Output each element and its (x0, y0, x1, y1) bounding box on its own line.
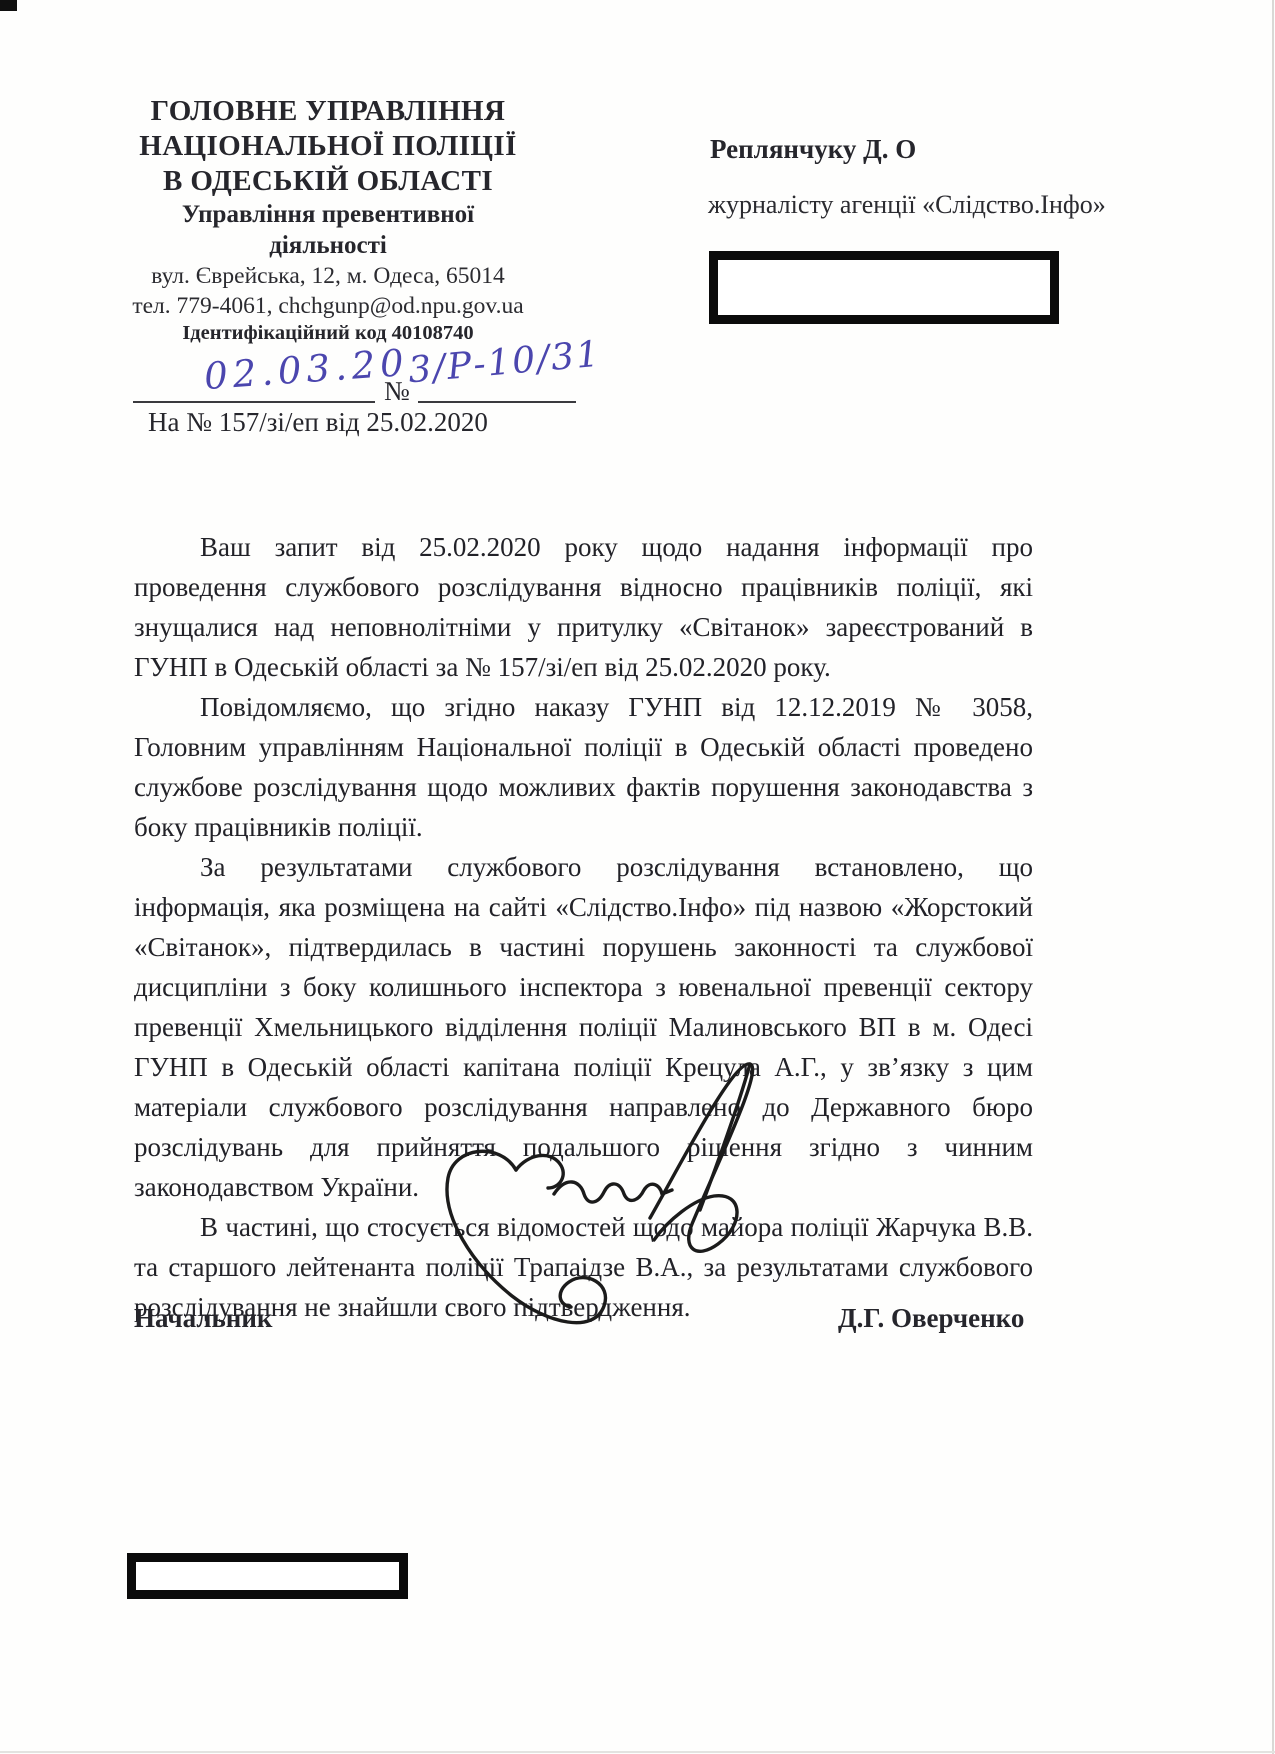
org-name-line3: В ОДЕСЬКІЙ ОБЛАСТІ (126, 164, 530, 199)
scanned-letter-page: ГОЛОВНЕ УПРАВЛІННЯ НАЦІОНАЛЬНОЇ ПОЛІЦІЇ … (0, 0, 1275, 1754)
body-paragraph-1: Ваш запит від 25.02.2020 року щодо надан… (134, 527, 1033, 687)
org-name-line2: НАЦІОНАЛЬНОЇ ПОЛІЦІЇ (126, 129, 530, 164)
contacts-line: тел. 779-4061, chchgunp@od.npu.gov.ua (126, 291, 530, 321)
signer-position-title: Начальник (134, 1303, 272, 1334)
org-name-line1: ГОЛОВНЕ УПРАВЛІННЯ (126, 94, 530, 129)
department-line2: діяльності (126, 230, 530, 261)
number-sign: № (384, 376, 410, 407)
redaction-box-recipient-address (709, 251, 1059, 324)
scan-edge-right (1272, 0, 1274, 1754)
redaction-box-bottom (127, 1553, 408, 1599)
scan-corner-artifact (0, 0, 17, 11)
signer-name: Д.Г. Оверченко (838, 1303, 1024, 1334)
reference-number-line: На № 157/зі/еп від 25.02.2020 (148, 407, 488, 438)
recipient-description: журналісту агенції «Слідство.Інфо» (708, 190, 1106, 220)
body-paragraph-2: Повідомляємо, що згідно наказу ГУНП від … (134, 687, 1033, 847)
date-underline-rule (133, 401, 375, 403)
recipient-name: Реплянчуку Д. О (710, 134, 916, 165)
number-underline-rule (418, 401, 576, 403)
department-line1: Управління превентивної (126, 199, 530, 230)
address-line: вул. Єврейська, 12, м. Одеса, 65014 (126, 261, 530, 291)
scan-edge-bottom (0, 1751, 1275, 1753)
handwritten-outgoing-date: 02.03.20 (203, 341, 410, 398)
id-code-line: Ідентифікаційний код 40108740 (126, 321, 530, 345)
signature-ink (388, 1042, 796, 1378)
letterhead: ГОЛОВНЕ УПРАВЛІННЯ НАЦІОНАЛЬНОЇ ПОЛІЦІЇ … (126, 94, 530, 345)
